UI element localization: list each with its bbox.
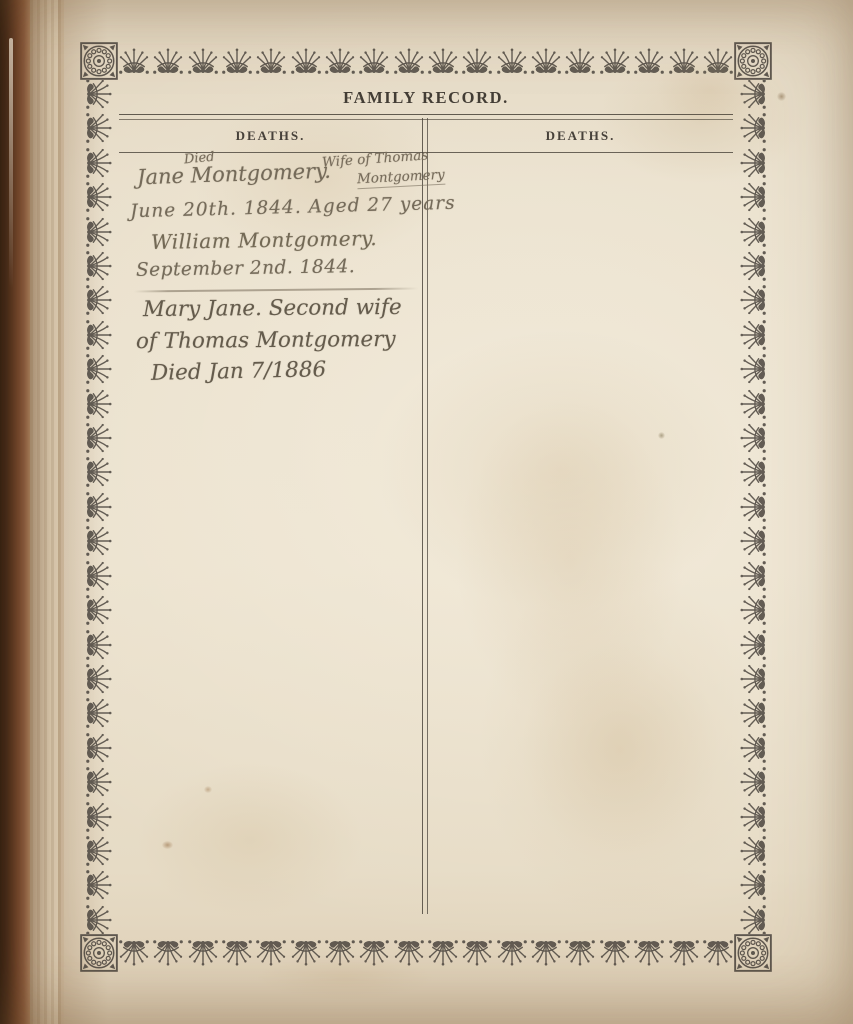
handwritten-date-mary-jane-death: Died Jan 7/1886 xyxy=(151,357,327,386)
palmette-border-bottom-icon xyxy=(118,935,734,971)
photo-of-book-page: FAMILY RECORD. DEATHS. DEATHS. Died Jane… xyxy=(0,0,853,1024)
rosette-corner-icon xyxy=(80,934,118,972)
foxing-spot xyxy=(777,92,786,101)
rosette-corner-icon xyxy=(734,42,772,80)
palmette-border-left-icon xyxy=(81,80,117,934)
handwritten-of-thomas-montgomery: of Thomas Montgomery xyxy=(136,327,396,354)
deaths-header-left: DEATHS. xyxy=(118,128,423,144)
spine-highlight xyxy=(9,38,13,288)
rosette-corner-icon xyxy=(80,42,118,80)
book-spine xyxy=(0,0,30,1024)
handwritten-name-mary-jane: Mary Jane. Second wife xyxy=(143,295,402,322)
palmette-border-right-icon xyxy=(735,80,771,934)
column-divider-rule xyxy=(422,118,428,914)
palmette-border-top-icon xyxy=(118,43,734,79)
deaths-header-right: DEATHS. xyxy=(428,128,733,144)
family-record-title: FAMILY RECORD. xyxy=(118,88,734,108)
handwritten-date-william-death: September 2nd. 1844. xyxy=(136,256,355,281)
handwritten-name-william-montgomery: William Montgomery. xyxy=(151,226,378,254)
rosette-corner-icon xyxy=(734,934,772,972)
